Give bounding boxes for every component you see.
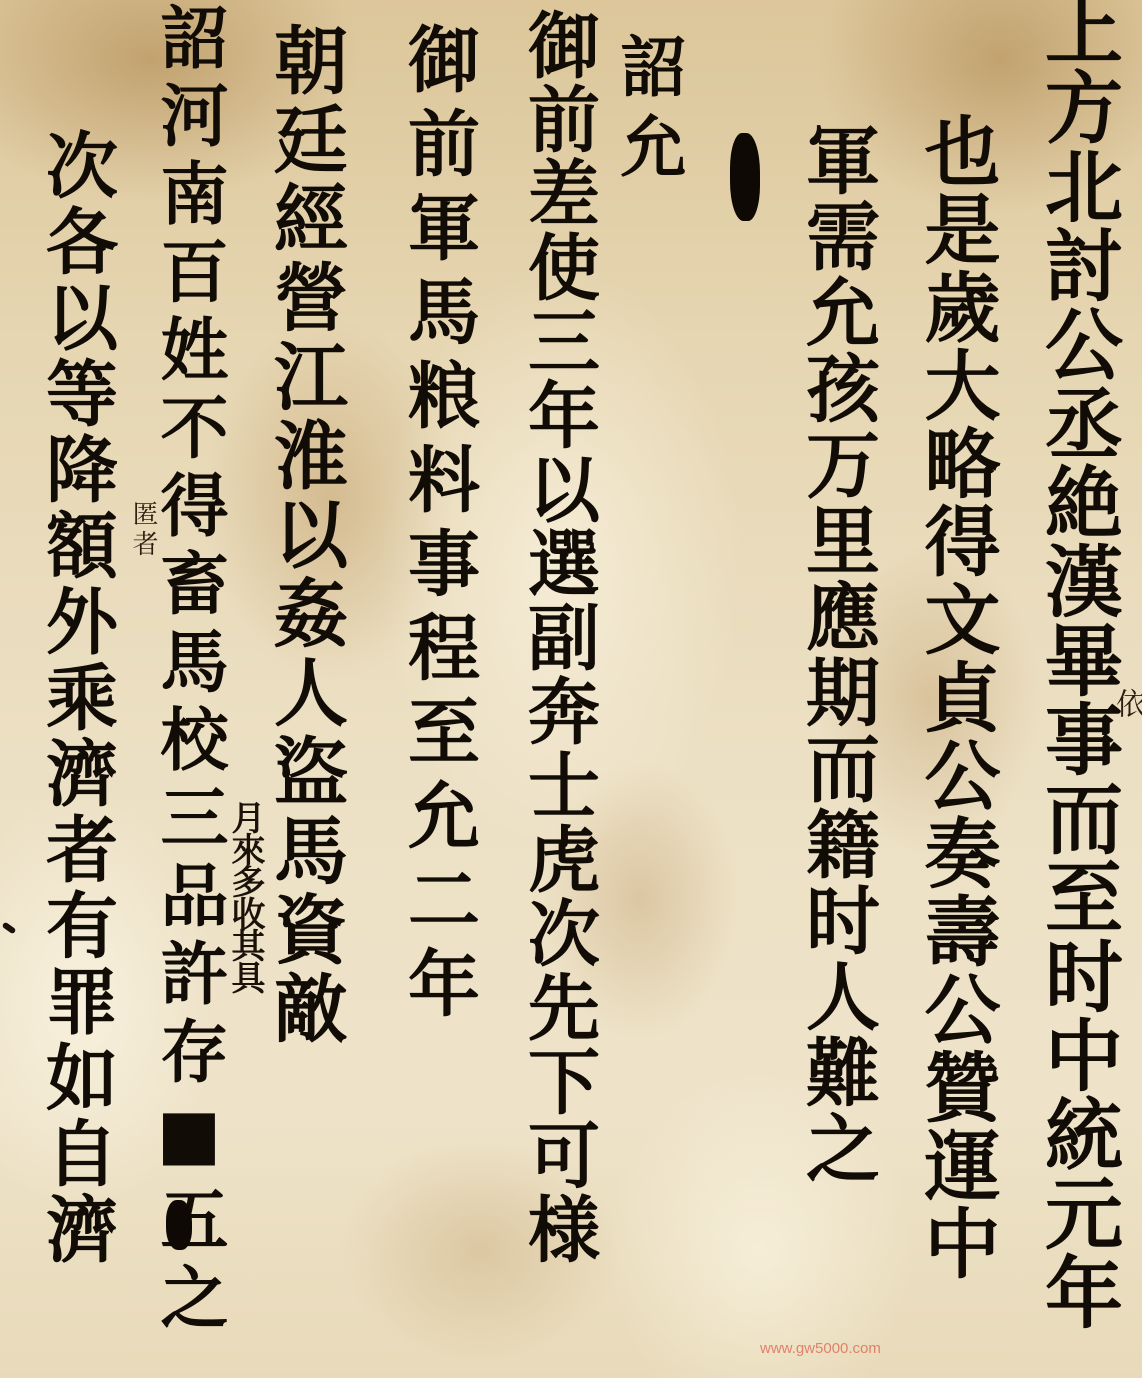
- text-column-10: 次各以等降額外乘濟者有罪如自濟: [40, 128, 112, 1268]
- margin-note-right: 依: [1112, 688, 1142, 718]
- text-column-2: 也是歲大略得文貞公奏壽公贊運中: [918, 112, 994, 1282]
- text-column-3: 軍需允孩万里應期而籍时人難之: [800, 122, 874, 1186]
- margin-note-left: 匿者: [130, 500, 156, 560]
- text-column-9: 詔河南百姓不得畜馬校三品許存■五之: [155, 2, 223, 1340]
- seal-mark-bottom: [166, 1200, 192, 1250]
- watermark-text: www.gw5000.com: [760, 1340, 881, 1357]
- text-column-5: 詔允: [615, 32, 681, 192]
- text-column-7: 御前軍馬粮料事程至允二年: [402, 22, 474, 1030]
- text-column-6: 御前差使三年以選副奔士虎次先下可様: [522, 8, 594, 1266]
- text-column-8: 朝廷經營江淮以姦人盜馬資敵: [268, 22, 342, 1049]
- text-column-1: 上方北討公丞絶漢畢事而至时中統元年: [1038, 0, 1116, 1331]
- seal-mark-top: [730, 133, 760, 221]
- margin-note-inline: 月來多收其具: [228, 800, 262, 992]
